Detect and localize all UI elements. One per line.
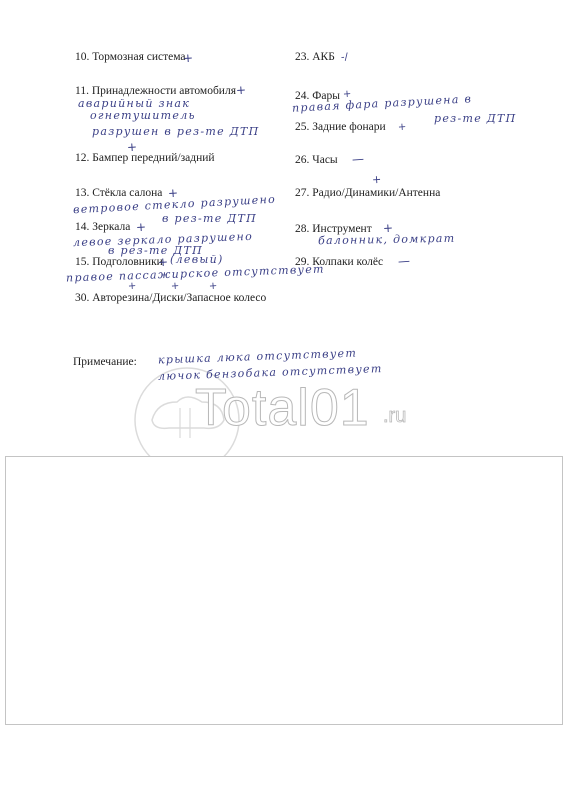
watermark-domain: .ru: [383, 405, 406, 428]
check-mark: +: [398, 122, 407, 135]
item-bumper: 12. Бампер передний/задний: [75, 151, 215, 165]
check-mark: +: [183, 52, 194, 65]
dash-mark: —: [398, 255, 411, 268]
check-mark: +: [158, 256, 169, 269]
handwritten-note: балонник, домкрат: [318, 233, 456, 247]
check-mark: +: [136, 221, 147, 234]
item-battery: 23. АКБ: [295, 50, 335, 64]
handwritten-note: в рез-те ДТП: [162, 213, 257, 225]
check-mark: +: [372, 174, 382, 187]
handwritten-note: рез-те ДТП: [434, 113, 517, 125]
check-mark: +: [236, 84, 247, 97]
item-mirrors: 14. Зеркала: [75, 220, 130, 234]
item-tires-wheels-spare: 30. Авторезина/Диски/Запасное колесо: [75, 291, 266, 305]
handwritten-note: огнетушитель: [90, 110, 196, 122]
item-headrests: 15. Подголовники: [75, 255, 163, 269]
notes-label: Примечание:: [73, 355, 137, 369]
handwritten-note: разрушен в рез-те ДТП: [92, 126, 259, 138]
item-clock: 26. Часы: [295, 153, 338, 167]
check-mark: -/: [341, 52, 349, 64]
watermark-text: Total01: [195, 380, 370, 436]
item-radio-speakers-antenna: 27. Радио/Динамики/Антенна: [295, 186, 440, 200]
handwritten-note: (левый): [170, 254, 224, 266]
item-brake-system: 10. Тормозная система: [75, 50, 186, 64]
item-hubcaps: 29. Колпаки колёс: [295, 255, 383, 269]
empty-frame: [5, 456, 563, 725]
item-cabin-glass: 13. Стёкла салона: [75, 186, 162, 200]
item-rear-lights: 25. Задние фонари: [295, 120, 386, 134]
dash-mark: —: [352, 153, 365, 166]
item-car-accessories: 11. Принадлежности автомобиля: [75, 84, 236, 98]
